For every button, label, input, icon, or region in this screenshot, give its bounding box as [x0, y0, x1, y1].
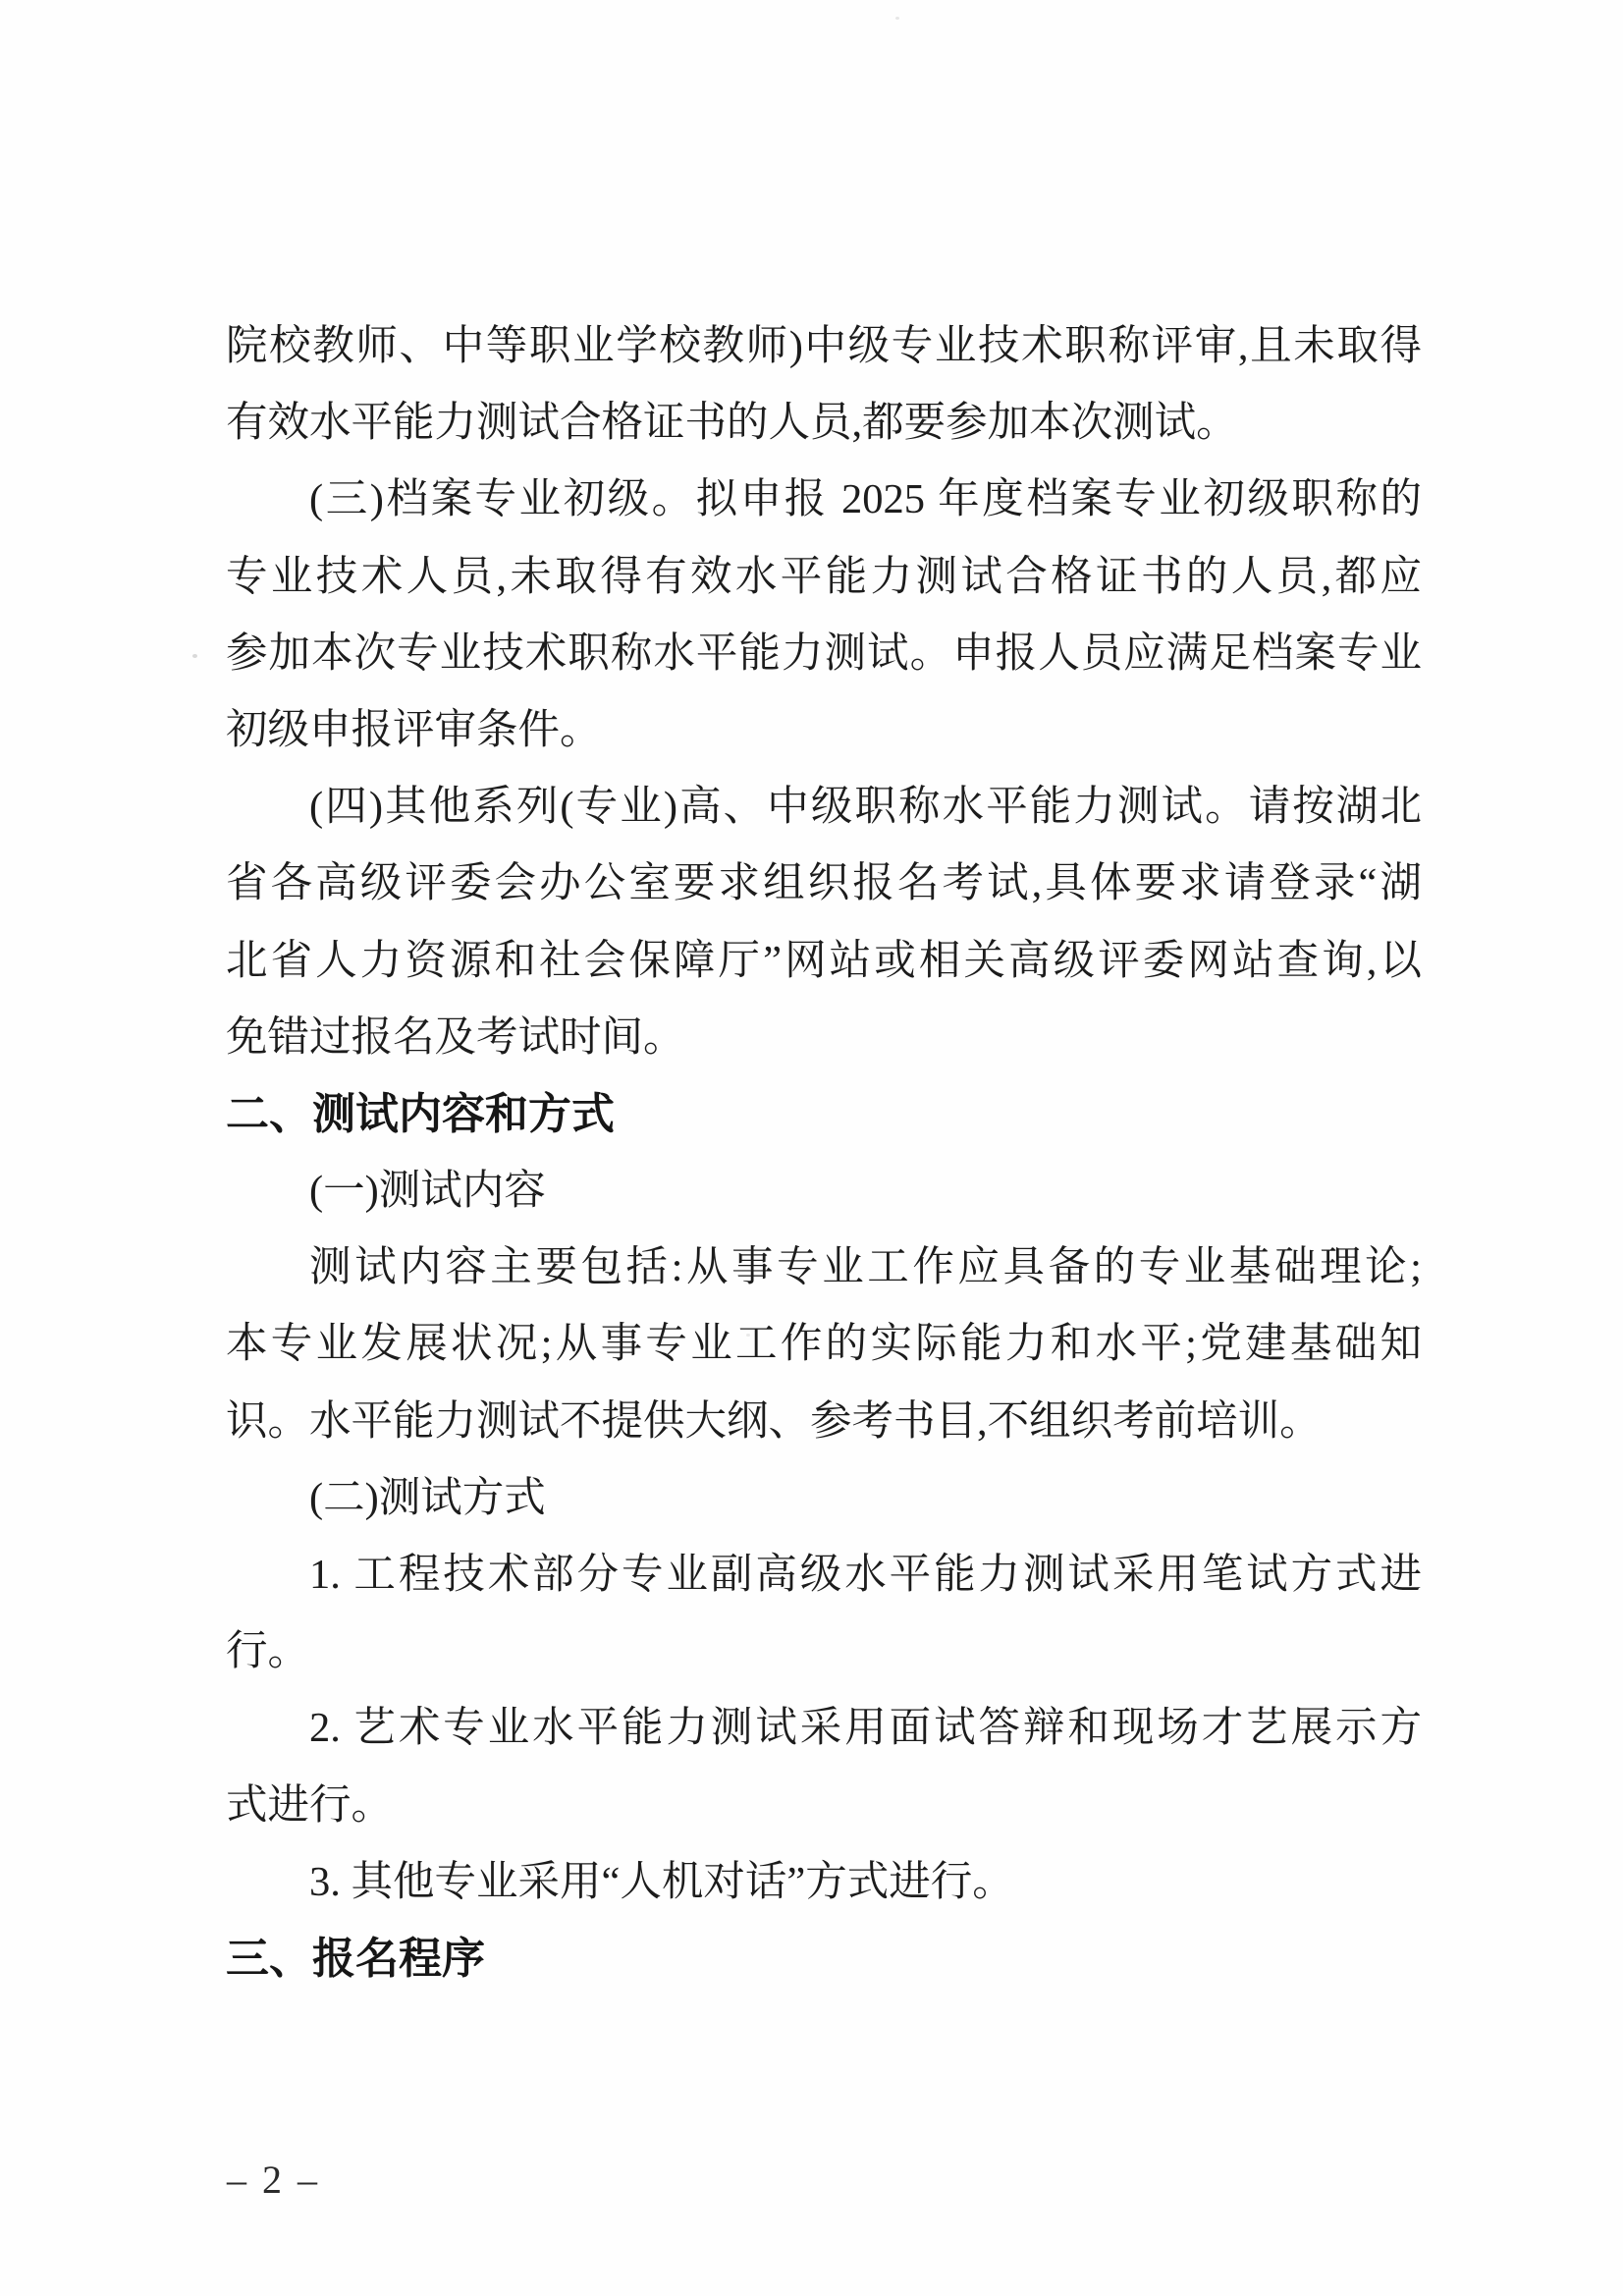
doc-line-subitem-2: (二)测试方式: [226, 1460, 1422, 1537]
scan-speck: [192, 654, 197, 658]
doc-line: 院校教师、中等职业学校教师)中级专业技术职称评审,且未取得: [226, 308, 1422, 385]
doc-line: 省各高级评委会办公室要求组织报名考试,具体要求请登录“湖: [226, 846, 1422, 922]
doc-line: 初级申报评审条件。: [226, 692, 1422, 769]
doc-line: 行。: [226, 1613, 1422, 1690]
doc-line-point-2: 2. 艺术专业水平能力测试采用面试答辩和现场才艺展示方: [226, 1690, 1422, 1767]
doc-line: 有效水平能力测试合格证书的人员,都要参加本次测试。: [226, 385, 1422, 462]
doc-line: 式进行。: [226, 1768, 1422, 1844]
page-number: – 2 –: [227, 2157, 320, 2203]
doc-line: 北省人力资源和社会保障厅”网站或相关高级评委网站查询,以: [226, 923, 1422, 1000]
doc-line: 本专业发展状况;从事专业工作的实际能力和水平;党建基础知: [226, 1306, 1422, 1383]
doc-line-point-3: 3. 其他专业采用“人机对话”方式进行。: [226, 1844, 1422, 1921]
scan-speck: [895, 17, 899, 20]
section-3-heading: 三、报名程序: [226, 1921, 1422, 1997]
section-2-heading: 二、测试内容和方式: [226, 1076, 1422, 1153]
doc-line-item-4: (四)其他系列(专业)高、中级职称水平能力测试。请按湖北: [226, 769, 1422, 846]
doc-line: 专业技术人员,未取得有效水平能力测试合格证书的人员,都应: [226, 539, 1422, 616]
scanned-document-page: 院校教师、中等职业学校教师)中级专业技术职称评审,且未取得 有效水平能力测试合格…: [0, 0, 1623, 2296]
doc-line-subitem-1: (一)测试内容: [226, 1153, 1422, 1230]
scan-speck: [746, 1334, 750, 1337]
doc-line-item-3: (三)档案专业初级。拟申报 2025 年度档案专业初级职称的: [226, 462, 1422, 538]
doc-line: 参加本次专业技术职称水平能力测试。申报人员应满足档案专业: [226, 616, 1422, 692]
doc-line: 免错过报名及考试时间。: [226, 1000, 1422, 1076]
doc-line-point-1: 1. 工程技术部分专业副高级水平能力测试采用笔试方式进: [226, 1537, 1422, 1613]
doc-line: 识。水平能力测试不提供大纲、参考书目,不组织考前培训。: [226, 1384, 1422, 1460]
document-body: 院校教师、中等职业学校教师)中级专业技术职称评审,且未取得 有效水平能力测试合格…: [226, 308, 1422, 1997]
doc-line: 测试内容主要包括:从事专业工作应具备的专业基础理论;: [226, 1230, 1422, 1306]
